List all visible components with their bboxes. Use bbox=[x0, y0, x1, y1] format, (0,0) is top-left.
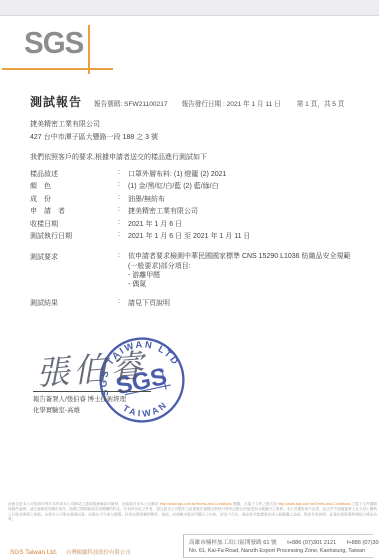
terms-url: http://www.sgs.com.tw/Terms-and-Conditio… bbox=[278, 503, 350, 507]
table-row: 成 份 : 油墨/無紡布 bbox=[30, 194, 359, 206]
report-header: 測試報告 報告號碼: SFW21100217 報告發行日期 : 2021 年 1… bbox=[30, 93, 367, 110]
report-number: 報告號碼: SFW21100217 bbox=[94, 98, 168, 108]
signature-line bbox=[33, 391, 151, 392]
footer-tel: t+886 (07)301 2121 bbox=[287, 540, 336, 546]
field-value: 捷美精密工業有限公司 bbox=[128, 206, 359, 216]
field-value: 2021 年 1 月 6 日 bbox=[128, 219, 359, 229]
applicant-address: 427 台中市潭子區大豐路一段 188 之 3 號 bbox=[30, 131, 158, 144]
footer-address-block: 高雄市楠梓加工出口區開發路 61 號 t+886 (07)301 2121 f+… bbox=[183, 534, 373, 558]
footer-address-en: No. 61, Kai-Fa Road, Nanzih Export Proce… bbox=[189, 548, 373, 554]
footer-company: SGS Taiwan Ltd. 台灣檢驗科技股份有限公司 bbox=[10, 541, 131, 558]
test-request-row: 測試要求 : 依申請者要求檢測中華民國國家標準 CNS 15290 L1036 … bbox=[30, 252, 359, 289]
window-top-strip bbox=[0, 0, 379, 16]
colon: : bbox=[118, 298, 128, 305]
sgs-logo: SGS bbox=[24, 27, 83, 58]
sample-info-table: 樣品敘述 : 口罩外層布料: (1) 燈籠 (2) 2021 顏 色 : (1)… bbox=[30, 169, 359, 311]
field-value: 口罩外層布料: (1) 燈籠 (2) 2021 bbox=[128, 169, 359, 179]
test-result-row: 測試結果 : 請見下頁說明 bbox=[30, 298, 359, 310]
table-row: 收樣日期 : 2021 年 1 月 6 日 bbox=[30, 219, 359, 231]
field-label: 樣品敘述 bbox=[30, 169, 118, 179]
table-row: 顏 色 : (1) 金/黑/紅/白/藍 (2) 藍/綠/白 bbox=[30, 181, 359, 193]
signer-name-title: 報告簽署人/張伯睿 博士技術經理 bbox=[33, 394, 126, 405]
footer-company-zh: 台灣檢驗科技股份有限公司 bbox=[66, 550, 131, 556]
table-row: 測試執行日期 : 2021 年 1 月 6 日 至 2021 年 1 月 11 … bbox=[30, 231, 359, 243]
terms-url: http://www.sgs.com.tw/Terms-and-Conditio… bbox=[160, 503, 232, 507]
colon: : bbox=[118, 219, 128, 226]
signer-lab: 化學實驗室-高雄 bbox=[33, 405, 126, 416]
field-label: 收樣日期 bbox=[30, 219, 118, 229]
report-page: SGS 測試報告 報告號碼: SFW21100217 報告發行日期 : 2021… bbox=[0, 0, 379, 558]
field-label: 測試執行日期 bbox=[30, 231, 118, 241]
colon: : bbox=[118, 231, 128, 238]
field-value: (1) 金/黑/紅/白/藍 (2) 藍/綠/白 bbox=[128, 181, 359, 191]
field-label: 成 份 bbox=[30, 194, 118, 204]
footer-fax: f+886 (07)301 0867 bbox=[347, 540, 379, 546]
test-result-value: 請見下頁說明 bbox=[128, 298, 359, 308]
logo-crosshair-vertical bbox=[88, 25, 90, 74]
page-count: 第 1 頁，共 5 頁 bbox=[297, 98, 345, 108]
colon: : bbox=[118, 194, 128, 201]
field-value: 2021 年 1 月 6 日 至 2021 年 1 月 11 日 bbox=[128, 231, 359, 241]
disclaimer-text: 閱覽，凡電子文件之格式依 bbox=[232, 503, 278, 507]
request-standard-line: 依申請者要求檢測中華民國國家標準 CNS 15290 L1036 紡織品安全規範… bbox=[128, 253, 351, 269]
colon: : bbox=[118, 181, 128, 188]
colon: : bbox=[118, 252, 128, 259]
field-value: 油墨/無紡布 bbox=[128, 194, 359, 204]
logo-crosshair-horizontal bbox=[2, 68, 113, 70]
disclaimer-text: 此報告是本公司依照印列於本頁或本公司網站之通用服務條款所簽發，此條款可至本公司網… bbox=[8, 503, 160, 507]
footer-company-en: SGS Taiwan Ltd. bbox=[10, 549, 57, 556]
page-footer: SGS Taiwan Ltd. 台灣檢驗科技股份有限公司 高雄市楠梓加工出口區開… bbox=[0, 534, 379, 558]
field-label: 測試結果 bbox=[30, 298, 118, 308]
field-label: 顏 色 bbox=[30, 181, 118, 191]
table-row: 樣品敘述 : 口罩外層布料: (1) 燈籠 (2) 2021 bbox=[30, 169, 359, 181]
applicant-block: 捷美精密工業有限公司 427 台中市潭子區大豐路一段 188 之 3 號 bbox=[30, 118, 158, 144]
colon: : bbox=[118, 169, 128, 176]
field-label: 測試要求 bbox=[30, 252, 118, 262]
test-request-value: 依申請者要求檢測中華民國國家標準 CNS 15290 L1036 紡織品安全規範… bbox=[128, 252, 359, 289]
colon: : bbox=[118, 206, 128, 213]
table-row: 申 請 者 : 捷美精密工業有限公司 bbox=[30, 206, 359, 218]
request-item-azo: - 偶氮 bbox=[128, 280, 359, 289]
intro-statement: 我們依照客戶的要求,根據申請者送交的樣品進行測試如下 bbox=[30, 152, 207, 162]
footer-address-zh: 高雄市楠梓加工出口區開發路 61 號 bbox=[189, 540, 277, 546]
issue-date: 報告發行日期 : 2021 年 1 月 11 日 bbox=[182, 98, 281, 108]
applicant-name: 捷美精密工業有限公司 bbox=[30, 118, 158, 131]
page-title: 測試報告 bbox=[30, 93, 82, 110]
signer-info: 報告簽署人/張伯睿 博士技術經理 化學實驗室-高雄 bbox=[33, 394, 126, 416]
handwritten-signature: 張伯睿 bbox=[34, 340, 148, 395]
legal-disclaimer: 此報告是本公司依照印列於本頁或本公司網站之通用服務條款所簽發，此條款可至本公司網… bbox=[8, 502, 377, 522]
request-item-formaldehyde: - 游離甲醛 bbox=[128, 271, 359, 280]
field-label: 申 請 者 bbox=[30, 206, 118, 216]
